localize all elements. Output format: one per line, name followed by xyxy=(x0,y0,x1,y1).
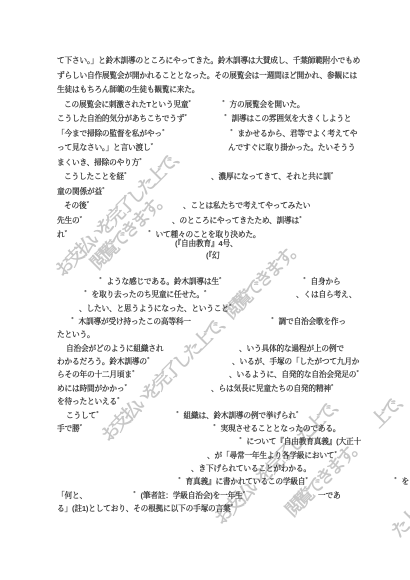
text-line-fragment: 、濃厚になってきて、それと共に訓゛ xyxy=(211,173,338,181)
text-line-fragment: ゛いて種々のことを取り決めた。 xyxy=(148,231,260,239)
document-page: お支払いを完了した上で、閲覧できます。お支払いを完了した上で、閲覧できます。上で… xyxy=(0,0,410,580)
text-line-fragment: ゛訓導はこの雰囲気を大きくしようと xyxy=(224,115,351,123)
text-line-fragment: 、き下げられていることがわかる。 xyxy=(191,465,311,473)
text-line-fragment: ゛実現させることとなったのである。 xyxy=(213,425,340,433)
text-line-fragment: ゛ような感じである。鈴木訓導は生゛ xyxy=(99,278,226,286)
text-line-fragment: 、らは気長に児童たちの自発的精神゛ xyxy=(211,385,338,393)
text-line-fragment: 、くは自ら考え、 xyxy=(296,291,356,299)
text-line-fragment: たという。 xyxy=(57,331,94,339)
text-line-fragment: ゛方の展覧会を開いた。 xyxy=(222,101,304,109)
text-line-fragment: (『幻 xyxy=(206,252,220,260)
text-line-fragment: この展覧会に刺激されたTという児童゛ xyxy=(64,101,196,109)
text-line-fragment: 、したい、と思うようになった、ということ゛ xyxy=(79,305,236,313)
text-line-fragment: を待ったといえる゛ xyxy=(57,398,124,406)
text-line-fragment: らその年の十二月頃ま゛ xyxy=(57,371,139,379)
text-line-fragment: 「何と、 xyxy=(57,492,87,500)
text-line-fragment: ゛木訓導が受け持ったこの高等科一 xyxy=(71,318,191,326)
text-line-fragment: わかるだろう。鈴木訓導の゛ xyxy=(57,358,154,366)
text-line-fragment: ゛を取り去ったのち児童に任せた。゛ xyxy=(84,291,211,299)
text-line-fragment: 一であ xyxy=(318,492,340,500)
text-line-fragment: 、いう具体的な過程が上の例で xyxy=(239,345,344,353)
watermark-text: た上で xyxy=(388,497,410,540)
text-line-fragment: こうしたことを経゛ xyxy=(64,173,131,181)
watermark-text: 上で、 xyxy=(368,387,410,430)
text-line-fragment: (『自由教育』4号、 xyxy=(175,240,238,248)
text-line-fragment: 童の関係が益゛ xyxy=(57,188,109,196)
text-line-fragment: こうした自治的気分があちこちでうず゛ xyxy=(57,115,192,123)
text-line-fragment: まくいき、掃除のやり方゛ xyxy=(57,159,147,167)
text-line-fragment: 、が「尋常一年生より各学級において゛ xyxy=(207,452,342,460)
text-line-fragment: て下さい。」と鈴木訓導のところにやってきた。鈴木訓導は大賛成し、千葉師範附小でも… xyxy=(57,57,360,65)
text-line-fragment: る」(註1)としており、その根拠に以下の手塚の言葉゛ xyxy=(57,505,238,513)
text-line-fragment: 、ことは私たちで考えてやってみたい xyxy=(183,202,310,210)
text-line-fragment: 生徒はもちろん師範の生徒も観覧に来た。 xyxy=(57,86,199,94)
text-line-fragment: 先生の゛ xyxy=(57,217,87,225)
text-line-fragment: その後゛ xyxy=(64,202,94,210)
text-line-fragment: れ゛ xyxy=(57,231,72,239)
text-line-fragment: 「今まで掃除の監督を私がやっ゛ xyxy=(57,130,169,138)
text-line-fragment: ゛調で自治会歌を作っ xyxy=(271,318,346,326)
text-line-fragment: ゛について『自由教育真義』(大正十 xyxy=(239,438,361,446)
text-line-fragment: 、のところにやってきたため、訓導は゛ xyxy=(172,217,306,225)
text-line-fragment: ゛自身から xyxy=(303,278,340,286)
text-line-fragment: 、いるように、自発的な自治会発足の゛ xyxy=(229,371,364,379)
text-line-fragment: んですぐに取り掛かった。たいそうう xyxy=(228,144,355,152)
text-line-fragment: ゛(筆者註：学級自治会)を一年生゛ xyxy=(133,492,250,500)
text-line-fragment: ゛育真義』に書かれているこの学級自゛ xyxy=(178,478,313,486)
text-line-fragment: ずらしい自作展覧会が開かれることとなった。その展覧会は一週間ほど開かれ、参観には xyxy=(57,72,357,80)
text-line-fragment: 手で勝゛ xyxy=(57,425,87,433)
text-line-fragment: ゛まかせるから、君等でよく考えてや xyxy=(230,130,357,138)
text-line-fragment: 自治会がどのように組織され xyxy=(66,345,163,353)
text-line-fragment: ゛組織は、鈴木訓導の例で挙げられ゛ xyxy=(176,412,303,420)
text-line-fragment: こうして゛ xyxy=(66,412,103,420)
text-line-fragment: 、いるが、手塚の「したがつて九月か xyxy=(232,358,359,366)
text-line-fragment: って見なさい。」と言い渡し゛ xyxy=(57,144,158,152)
text-line-fragment: ゛を xyxy=(394,478,409,486)
text-line-fragment: めには時間がかかっ゛ xyxy=(57,385,132,393)
